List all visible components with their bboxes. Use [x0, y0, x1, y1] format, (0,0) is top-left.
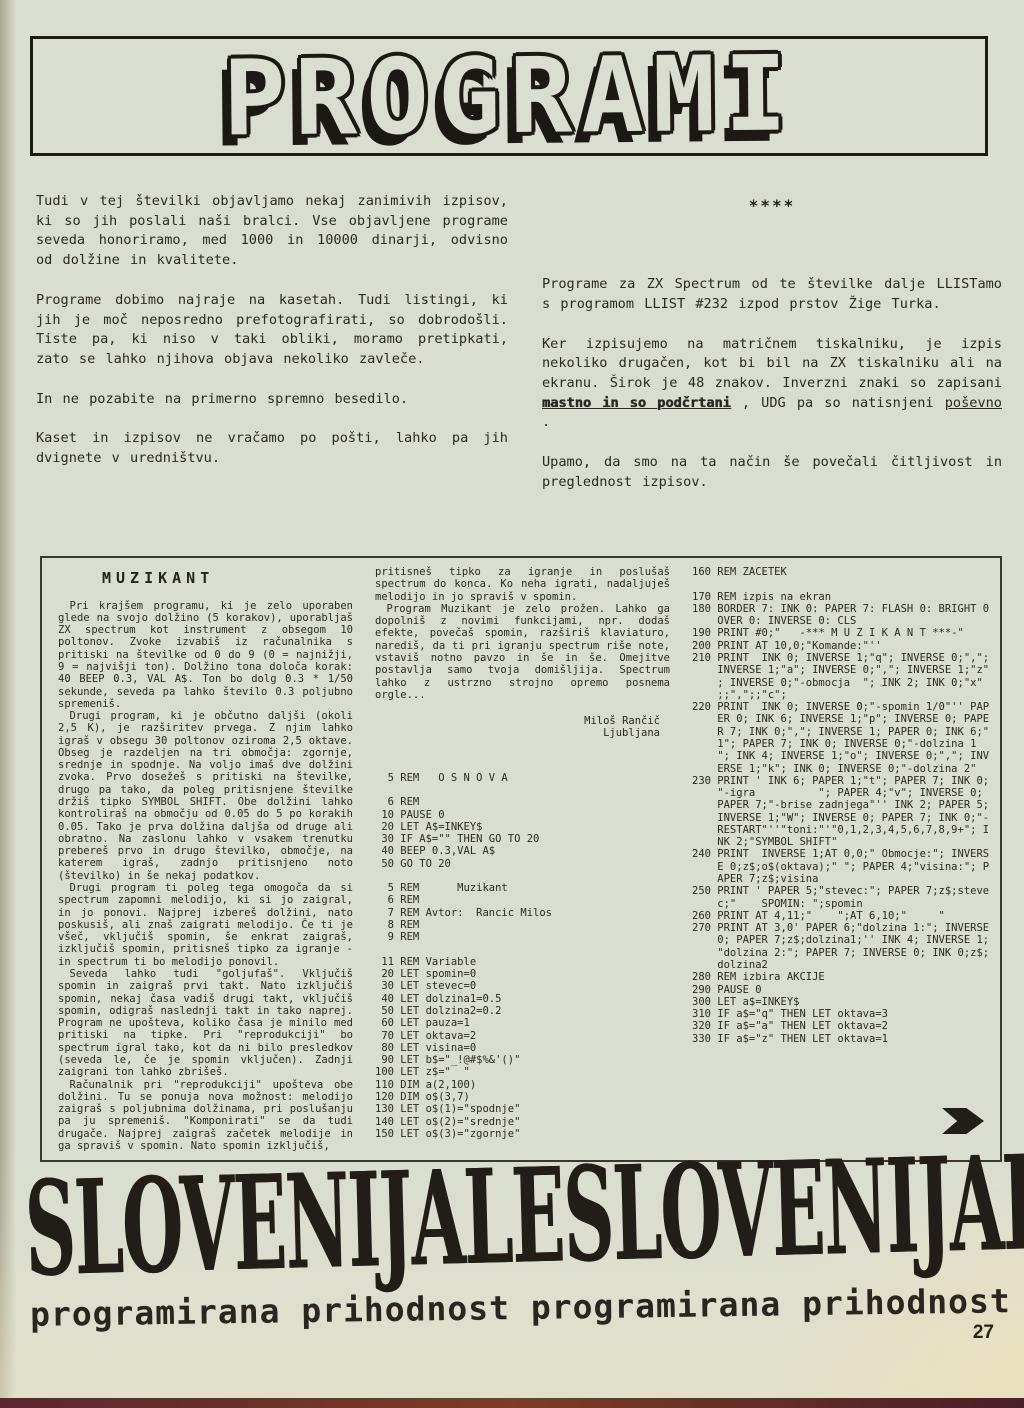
code-line: INVERSE 1;"a"; INVERSE 0;","; INVERSE 1;… [692, 664, 987, 676]
code-line: OVER 0: INVERSE 0: CLS [692, 615, 987, 627]
code-line: PAPER 7;"-brise zadnjega"'' INK 2; PAPER… [692, 799, 987, 811]
intro-paragraph: Tudi v tej številki objavljamo nekaj zan… [36, 192, 508, 271]
byline-author: Miloš Rančič [375, 715, 660, 727]
code-line: 80 LET visina=0 [375, 1042, 670, 1054]
section-header-box: PROGRAMI [30, 36, 988, 156]
code-line: 1"; PAPER 7; INK 0; INVERSE 0;"-dolzina … [692, 738, 987, 750]
code-line: ER 0; INK 6; INVERSE 1;"p"; INVERSE 0; P… [692, 713, 987, 725]
code-line: 290 PAUSE 0 [692, 984, 987, 996]
code-line: 270 PRINT AT 3,0' PAPER 6;"dolzina 1:"; … [692, 922, 987, 934]
code-line: 0; PAPER 7;z$;dolzina1;'' INK 4; INVERSE… [692, 934, 987, 946]
code-line: 7 REM Avtor: Rancic Milos [375, 907, 670, 919]
code-line: 50 GO TO 20 [375, 858, 670, 870]
udg-style-example: poševno [945, 395, 1002, 411]
code-line [375, 784, 670, 796]
code-line: c;" SPOMIN: ";spomin [692, 898, 987, 910]
article-body: Pri krajšem programu, ki je zelo uporabe… [58, 600, 353, 1153]
code-line: 100 LET z$=" " [375, 1066, 670, 1078]
section-title: PROGRAMI [222, 42, 796, 151]
ad-slovenijales-logo: SLOVENIJALESLOVENIJALES [24, 1139, 1024, 1292]
code-line: "dolzina 2:"; PAPER 7; INVERSE 0; INK 0;… [692, 947, 987, 959]
code-line: E 0;z$;o$(oktava);" "; PAPER 4;"visina:"… [692, 861, 987, 873]
advertisement: SLOVENIJALESLOVENIJALES [26, 1168, 1021, 1263]
code-line: 5 REM Muzikant [375, 882, 670, 894]
code-line [692, 578, 987, 590]
article-paragraph: Pri krajšem programu, ki je zelo uporabe… [58, 600, 353, 711]
article-paragraph: Drugi program, ki je občutno daljši (oko… [58, 710, 353, 882]
scan-edge-shadow [0, 0, 16, 1408]
code-line: 280 REM izbira AKCIJE [692, 971, 987, 983]
code-line: 90 LET b$="_!@#$%&'()" [375, 1054, 670, 1066]
code-line: 50 LET dolzina2=0.2 [375, 1005, 670, 1017]
listing-column: 160 REM ZACETEK 170 REM izpis na ekran18… [692, 566, 987, 1160]
code-line: 60 LET pauza=1 [375, 1017, 670, 1029]
code-line: 330 IF a$="z" THEN LET oktava=1 [692, 1033, 987, 1045]
code-line: 120 DIM o$(3,7) [375, 1091, 670, 1103]
code-line: 40 LET dolzina1=0.5 [375, 993, 670, 1005]
code-line: 9 REM [375, 931, 670, 943]
code-line: 190 PRINT #0;" -*** M U Z I K A N T ***-… [692, 627, 987, 639]
code-line: NK 2;"SYMBOL SHIFT" [692, 836, 987, 848]
article-title: MUZIKANT [102, 570, 353, 588]
listing-osnova: 5 REM O S N O V A 6 REM 10 PAUSE 0 20 LE… [375, 772, 670, 1140]
middle-column: pritisneš tipko za igranje in poslušaš s… [375, 566, 670, 1160]
content-columns: MUZIKANT Pri krajšem programu, ki je zel… [58, 566, 984, 1160]
code-line [375, 944, 670, 956]
code-line: 230 PRINT ' INK 6; PAPER 1;"t"; PAPER 7;… [692, 775, 987, 787]
intro-text: Ker izpisujemo na matričnem tiskalniku, … [542, 336, 1002, 391]
code-line: 5 REM O S N O V A [375, 772, 670, 784]
intro-right-column: **** Programe za ZX Spectrum od te števi… [542, 192, 1002, 513]
intro-text: , UDG pa so natisnjeni [731, 395, 945, 411]
byline-city: Ljubljana [375, 727, 660, 739]
code-line: 70 LET oktava=2 [375, 1030, 670, 1042]
article-paragraph: Drugi program ti poleg tega omogoča da s… [58, 882, 353, 968]
magazine-page: PROGRAMI Tudi v tej številki objavljamo … [0, 0, 1024, 1408]
code-line: R 7; INK 0;","; INVERSE 1; PAPER 0; INK … [692, 726, 987, 738]
intro-paragraph: Programe dobimo najraje na kasetah. Tudi… [36, 291, 508, 370]
code-line: 40 BEEP 0.3,VAL A$ [375, 845, 670, 857]
code-line: 6 REM [375, 796, 670, 808]
code-line: 300 LET a$=INKEY$ [692, 996, 987, 1008]
article-paragraph: Računalnik pri "reprodukciji" upošteva o… [58, 1079, 353, 1153]
inverse-style-example: mastno in so podčrtani [542, 395, 731, 411]
stars-separator: **** [542, 194, 1002, 217]
code-line: 160 REM ZACETEK [692, 566, 987, 578]
scan-bottom-edge [0, 1398, 1024, 1408]
code-line: 250 PRINT ' PAPER 5;"stevec:"; PAPER 7;z… [692, 885, 987, 897]
article-paragraph: Seveda lahko tudi "goljufaš". Vključiš s… [58, 968, 353, 1079]
intro-text: . [542, 414, 550, 430]
byline: Miloš Rančič Ljubljana [375, 715, 660, 740]
code-line: 130 LET o$(1)="spodnje" [375, 1103, 670, 1115]
code-line: 210 PRINT INK 0; INVERSE 1;"q"; INVERSE … [692, 652, 987, 664]
code-line: dolzina2 [692, 959, 987, 971]
code-line: 310 IF a$="q" THEN LET oktava=3 [692, 1008, 987, 1020]
code-line: "; INK 4; INVERSE 1;"o"; INVERSE 0;","; … [692, 750, 987, 762]
code-line: 320 IF a$="a" THEN LET oktava=2 [692, 1020, 987, 1032]
code-line: 200 PRINT AT 10,0;"Komande:"'' [692, 640, 987, 652]
code-line: ERSE 1;"k"; INK 0; INVERSE 0;"-dolzina 2… [692, 763, 987, 775]
code-line: 20 LET spomin=0 [375, 968, 670, 980]
intro-paragraph: Kaset in izpisov ne vračamo po pošti, la… [36, 429, 508, 468]
intro-paragraph: In ne pozabite na primerno spremno besed… [36, 390, 508, 410]
intro-left-column: Tudi v tej številki objavljamo nekaj zan… [36, 192, 508, 489]
code-line: 180 BORDER 7: INK 0: PAPER 7: FLASH 0: B… [692, 603, 987, 615]
code-line: "-igra "; PAPER 4;"v"; INVERSE 0; [692, 787, 987, 799]
code-line: 20 LET A$=INKEY$ [375, 821, 670, 833]
code-line: 220 PRINT INK 0; INVERSE 0;"-spomin 1/0"… [692, 701, 987, 713]
intro-paragraph: Ker izpisujemo na matričnem tiskalniku, … [542, 335, 1002, 434]
code-line: RESTART"''"toni:"'"0,1,2,3,4,5,6,7,8,9+"… [692, 824, 987, 836]
code-line: 140 LET o$(2)="srednje" [375, 1116, 670, 1128]
code-line: APER 7;z$;visina [692, 873, 987, 885]
code-line: 30 LET stevec=0 [375, 980, 670, 992]
article-continuation: pritisneš tipko za igranje in poslušaš s… [375, 566, 670, 603]
code-line: 11 REM Variable [375, 956, 670, 968]
code-line: ;;",";;"c"; [692, 689, 987, 701]
ad-logo-wrap: SLOVENIJALESLOVENIJALES [24, 1142, 1021, 1263]
code-line: 170 REM izpis na ekran [692, 591, 987, 603]
program-content-box: MUZIKANT Pri krajšem programu, ki je zel… [40, 556, 1002, 1162]
page-number: 27 [973, 1322, 994, 1344]
code-line: 260 PRINT AT 4,11;" ";AT 6,10;" " [692, 910, 987, 922]
article-paragraph: Program Muzikant je zelo prožen. Lahko g… [375, 603, 670, 701]
code-line: 30 IF A$="" THEN GO TO 20 [375, 833, 670, 845]
code-line: 240 PRINT INVERSE 1;AT 0,0;" Obmocje:"; … [692, 848, 987, 860]
intro-paragraph: Upamo, da smo na ta način še povečali či… [542, 453, 1002, 492]
code-line: 10 PAUSE 0 [375, 809, 670, 821]
code-line [375, 870, 670, 882]
article-column: MUZIKANT Pri krajšem programu, ki je zel… [58, 566, 353, 1160]
intro-paragraph: Programe za ZX Spectrum od te številke d… [542, 275, 1002, 314]
code-line: 8 REM [375, 919, 670, 931]
code-line: 6 REM [375, 894, 670, 906]
code-line: INVERSE 1;"W"; INVERSE 0; PAPER 7; INK 0… [692, 812, 987, 824]
code-line: 110 DIM a(2,100) [375, 1079, 670, 1091]
code-line: ; INVERSE 0;"-obmocja "; INK 2; INK 0;"x… [692, 677, 987, 689]
